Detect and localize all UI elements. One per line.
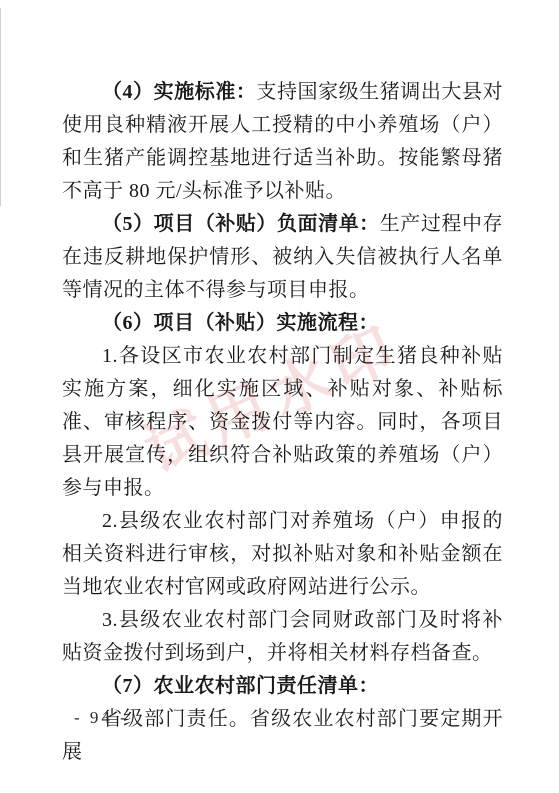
paragraph: （6）项目（补贴）实施流程： bbox=[62, 307, 503, 340]
paragraph-heading-segment: （6）项目（补贴）实施流程： bbox=[102, 312, 379, 334]
paragraph: 2.县级农业农村部门对养殖场（户）申报的相关资料进行审核，对拟补贴对象和补贴金额… bbox=[62, 505, 503, 604]
paragraph-heading-segment: （4）实施标准： bbox=[102, 81, 256, 103]
paragraph-heading-segment: （5）项目（补贴）负面清单： bbox=[102, 213, 380, 235]
paragraph: （5）项目（补贴）负面清单：生产过程中存在违反耕地保护情形、被纳入失信被执行人名… bbox=[62, 208, 503, 307]
paragraph-text-segment: 1.各设区市农业农村部门制定生猪良种补贴实施方案，细化实施区域、补贴对象、补贴标… bbox=[62, 345, 503, 499]
paragraph-text-segment: 2.县级农业农村部门对养殖场（户）申报的相关资料进行审核，对拟补贴对象和补贴金额… bbox=[62, 510, 503, 598]
paragraph: （4）实施标准：支持国家级生猪调出大县对使用良种精液开展人工授精的中小养殖场（户… bbox=[62, 76, 503, 208]
document-body: （4）实施标准：支持国家级生猪调出大县对使用良种精液开展人工授精的中小养殖场（户… bbox=[62, 76, 503, 769]
paragraph-text-segment: 3.县级农业农村部门会同财政部门及时将补贴资金拨付到场到户，并将相关材料存档备查… bbox=[62, 609, 503, 664]
paragraph: 3.县级农业农村部门会同财政部门及时将补贴资金拨付到场到户，并将相关材料存档备查… bbox=[62, 604, 503, 670]
paragraph: （7）农业农村部门责任清单： bbox=[62, 670, 503, 703]
paragraph-heading-segment: （7）农业农村部门责任清单： bbox=[102, 675, 379, 697]
paragraph: 1.各设区市农业农村部门制定生猪良种补贴实施方案，细化实施区域、补贴对象、补贴标… bbox=[62, 340, 503, 505]
document-page: 试用水印 （4）实施标准：支持国家级生猪调出大县对使用良种精液开展人工授精的中小… bbox=[0, 0, 559, 793]
scan-edge-artifact bbox=[0, 8, 1, 206]
page-number: - 94 - bbox=[74, 708, 129, 728]
